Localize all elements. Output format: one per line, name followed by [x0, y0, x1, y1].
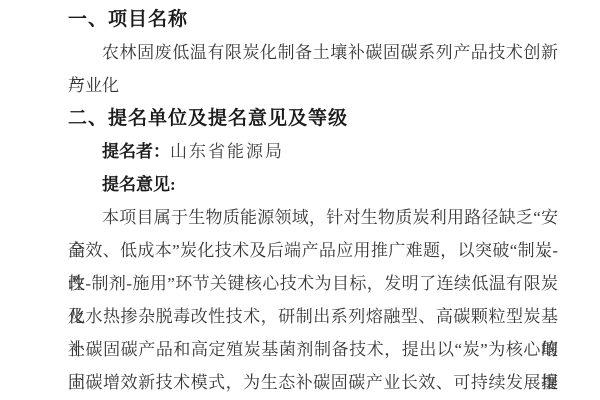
opinion-line-3: 性-制剂-施用”环节关键核心技术为目标，发明了连续低温有限炭化 [68, 267, 558, 300]
section-1-heading: 一、项目名称 [68, 3, 558, 36]
nominator-line: 提名者：山东省能源局 [68, 135, 558, 168]
nominator-label: 提名者： [102, 142, 170, 161]
project-title-line-2: 产业化 [68, 69, 558, 102]
opinion-line-6: 固碳增效新技术模式，为生态补碳固碳产业长效、可持续发展提供了 [68, 366, 558, 399]
opinion-label: 提名意见: [68, 168, 558, 201]
section-2-heading: 二、提名单位及提名意见及等级 [68, 102, 558, 135]
opinion-line-1: 本项目属于生物质能源领域，针对生物质炭利用路径缺乏“安全、 [68, 201, 558, 234]
opinion-line-2: 高效、低成本”炭化技术及后端产品应用推广难题，以突破“制炭-改 [68, 234, 558, 267]
document-page: 一、项目名称 农林固废低温有限炭化制备土壤补碳固碳系列产品技术创新与 产业化 二… [0, 0, 600, 400]
nominator-value: 山东省能源局 [170, 142, 284, 161]
opinion-line-4: 及水热掺杂脱毒改性技术，研制出系列熔融型、高碳颗粒型炭基土壤 [68, 300, 558, 333]
project-title-line-1: 农林固废低温有限炭化制备土壤补碳固碳系列产品技术创新与 [68, 36, 558, 69]
opinion-line-5: 补碳固碳产品和高定殖炭基菌剂制备技术，提出以“炭”为核心的土壤 [68, 333, 558, 366]
